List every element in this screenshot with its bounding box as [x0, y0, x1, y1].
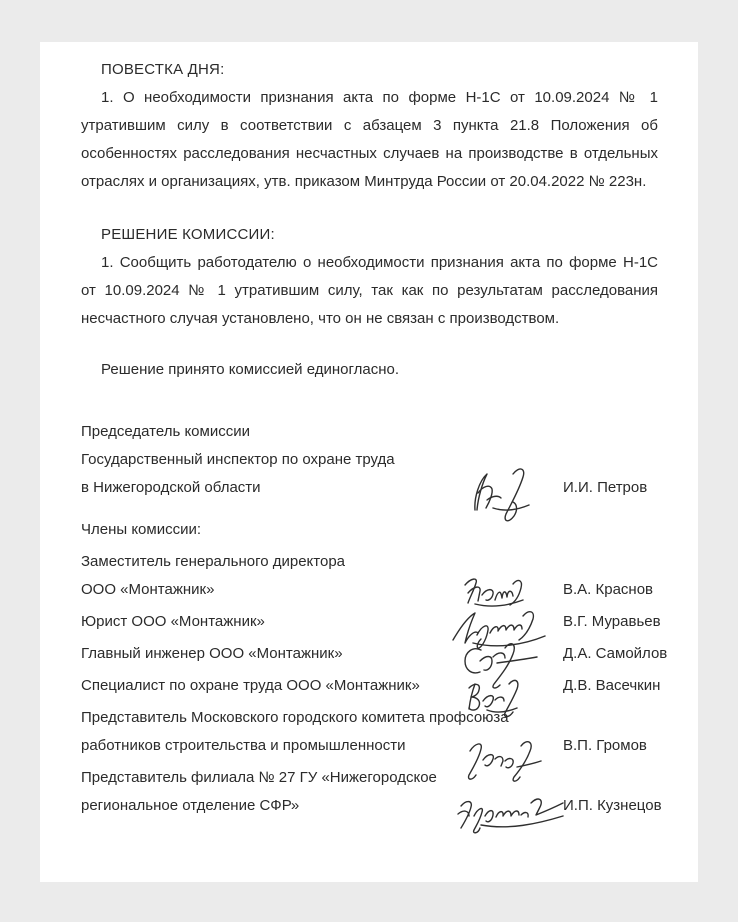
member-name: Д.А. Самойлов — [563, 640, 667, 668]
agenda-item: 1. О необходимости признания акта по фор… — [81, 84, 658, 196]
chairman-name: И.И. Петров — [563, 474, 647, 502]
member-name: В.А. Краснов — [563, 576, 653, 604]
member-name: В.Г. Муравьев — [563, 608, 661, 636]
agenda-heading: ПОВЕСТКА ДНЯ: — [81, 56, 658, 84]
signature-row-member: Главный инженер ООО «Монтажник» Д.А. Сам… — [81, 640, 658, 668]
chairman-title-line: Председатель комиссии — [81, 418, 658, 446]
unanimous-note: Решение принято комиссией единогласно. — [81, 356, 658, 384]
decision-item: 1. Сообщить работодателю о необходимости… — [81, 249, 658, 333]
signature-row-chairman: Председатель комиссии Государственный ин… — [81, 418, 658, 502]
member-name: И.П. Кузнецов — [563, 792, 662, 820]
signature-row-member: Представитель филиала № 27 ГУ «Нижегород… — [81, 764, 658, 820]
member-name: Д.В. Васечкин — [563, 672, 660, 700]
signature-row-member: Юрист ООО «Монтажник» В.Г. Муравьев — [81, 608, 658, 636]
signature-row-member: Специалист по охране труда ООО «Монтажни… — [81, 672, 658, 700]
member-title-line: Представитель филиала № 27 ГУ «Нижегород… — [81, 764, 658, 792]
member-title-line: Представитель Московского городского ком… — [81, 704, 658, 732]
document-sheet: ПОВЕСТКА ДНЯ: 1. О необходимости признан… — [40, 42, 698, 882]
members-heading: Члены комиссии: — [81, 516, 658, 544]
member-name: В.П. Громов — [563, 732, 647, 760]
chairman-title-line: Государственный инспектор по охране труд… — [81, 446, 658, 474]
member-title-line: Заместитель генерального директора — [81, 548, 658, 576]
signature-row-member: Заместитель генерального директора ООО «… — [81, 548, 658, 604]
decision-heading: РЕШЕНИЕ КОМИССИИ: — [81, 221, 658, 249]
signature-row-member: Представитель Московского городского ком… — [81, 704, 658, 760]
